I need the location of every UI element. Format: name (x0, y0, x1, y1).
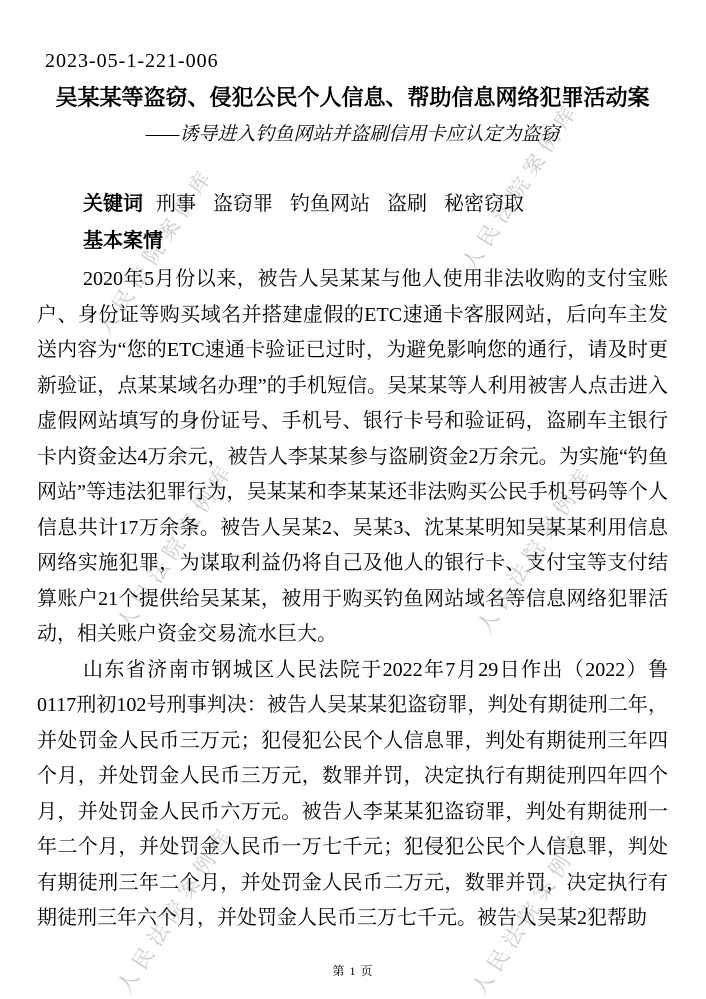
judgment-paragraph: 山东省济南市钢城区人民法院于2022年7月29日作出（2022）鲁0117刑初1… (37, 653, 668, 937)
case-reference-number: 2023-05-1-221-006 (45, 48, 668, 74)
document-page: 人民法院案例库 人民法院案例库 人民法院案例库 人民法院案例库 人民法院案例库 … (0, 0, 706, 999)
case-title: 吴某某等盗窃、侵犯公民个人信息、帮助信息网络犯罪活动案 (37, 84, 668, 112)
keyword-term: 秘密窃取 (444, 193, 524, 215)
page-number: 第 1 页 (0, 962, 706, 979)
keywords-label: 关键词 (83, 193, 143, 215)
keyword-term: 盗刷 (387, 193, 427, 215)
keyword-term: 刑事 (156, 193, 196, 215)
section-body: 2020年5月份以来，被告人吴某某与他人使用非法收购的支付宝账户、身份证等购买域… (37, 262, 668, 937)
case-facts-paragraph: 2020年5月份以来，被告人吴某某与他人使用非法收购的支付宝账户、身份证等购买域… (37, 262, 668, 653)
document-content: 2023-05-1-221-006 吴某某等盗窃、侵犯公民个人信息、帮助信息网络… (0, 0, 706, 937)
keyword-term: 盗窃罪 (213, 193, 273, 215)
case-subtitle: ——诱导进入钓鱼网站并盗刷信用卡应认定为盗窃 (37, 123, 668, 147)
keywords-row: 关键词 刑事 盗窃罪 钓鱼网站 盗刷 秘密窃取 (83, 192, 668, 216)
section-heading-basic-facts: 基本案情 (83, 228, 668, 254)
keyword-term: 钓鱼网站 (290, 193, 370, 215)
